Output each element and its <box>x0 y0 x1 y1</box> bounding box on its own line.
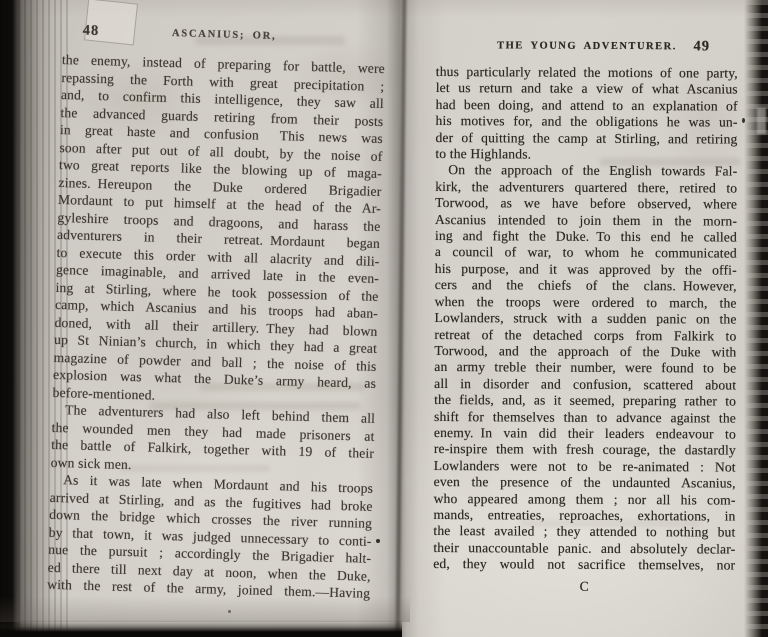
text-line: Lowlanders, struck with a sudden panic o… <box>434 310 736 328</box>
text-line: even the presence of the undaunted Ascan… <box>434 474 736 492</box>
scanned-book-spread: 48 ASCANIUS; OR, the enemy, instead of p… <box>0 0 768 637</box>
page-number-right: 49 <box>693 38 710 55</box>
text-line: mands, entreaties, reproaches, exhortati… <box>433 507 735 525</box>
ink-speck <box>228 610 231 613</box>
text-line: his purpose, and it was approved by the … <box>435 261 737 279</box>
text-line: retreat of the detached corps from Falki… <box>434 326 736 344</box>
text-line: kirk, the adventurers quartered there, r… <box>435 179 737 197</box>
text-line: the fields, and, as it seemed, preparing… <box>434 392 736 410</box>
text-line: der of quitting the camp at Stirling, an… <box>435 130 737 148</box>
page-left-body: the enemy, instead of preparing for batt… <box>47 51 385 602</box>
text-line: enemy. In vain did their leaders endeavo… <box>434 425 736 443</box>
text-line: let us return and take a view of what As… <box>436 80 738 98</box>
text-line: to the Highlands. <box>435 146 737 164</box>
text-line: ed, they would not sacrifice themselves,… <box>433 556 735 574</box>
text-line: shift for themselves than to advance aga… <box>434 409 736 427</box>
page-right: THE YOUNG ADVENTURER. 49 thus particular… <box>433 40 738 595</box>
page-left: 48 ASCANIUS; OR, the enemy, instead of p… <box>47 22 386 602</box>
text-line: had been doing, and attend to an explana… <box>436 97 738 115</box>
signature-mark: C <box>433 578 735 596</box>
text-line: the least availed ; they attended to not… <box>433 523 735 541</box>
running-head-right: THE YOUNG ADVENTURER. 49 <box>436 40 738 57</box>
text-line: Ascanius intended to join them in the mo… <box>435 212 737 230</box>
text-line: cers and the chiefs of the clans. Howeve… <box>435 277 737 295</box>
text-line: an army treble their number, were found … <box>434 359 736 377</box>
text-line: his motives for, and the obligations he … <box>436 113 738 131</box>
text-line: who appeared among them ; nor all his co… <box>434 491 736 509</box>
book-bottom-edge <box>0 620 402 637</box>
text-line: Torwood, as we have before observed, whe… <box>435 195 737 213</box>
text-line: On the approach of the English towards F… <box>435 162 737 180</box>
text-line: thus particularly related the motions of… <box>436 64 738 82</box>
text-line: when the troops were ordered to march, t… <box>435 294 737 312</box>
text-line: re-inspire them with fresh courage, the … <box>434 441 736 459</box>
text-line: their unaccountable panic. and absolutel… <box>433 540 735 558</box>
text-line: ing and fight the Duke. To this end he c… <box>435 228 737 246</box>
page-right-body: thus particularly related the motions of… <box>433 64 738 574</box>
ink-speck <box>376 539 380 543</box>
text-line: Torwood, and the approach of the Duke wi… <box>434 343 736 361</box>
text-line: all in disorder and confusion, scattered… <box>434 376 736 394</box>
page-edge-highlight <box>757 108 766 134</box>
book-right-edge <box>744 0 768 637</box>
text-line: Lowlanders were not to be re-animated : … <box>434 458 736 476</box>
ink-speck <box>742 118 745 123</box>
text-line: a council of war, to whom he communicate… <box>435 244 737 262</box>
